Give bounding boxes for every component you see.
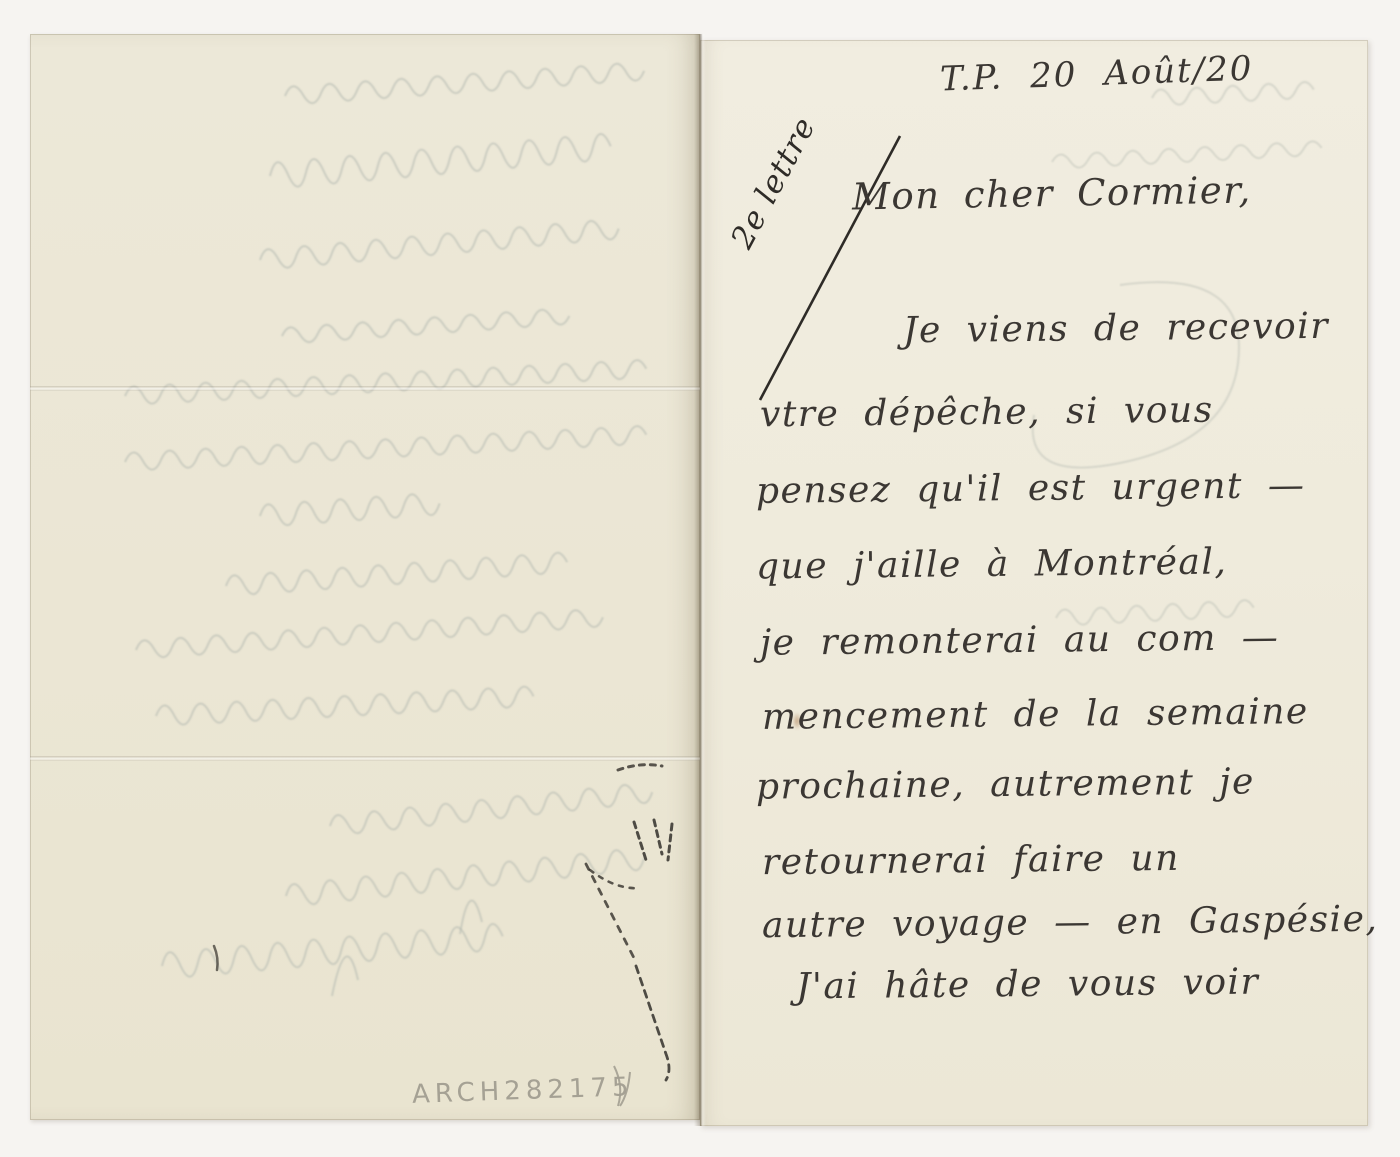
body-line: retournerai faire un <box>762 838 1180 883</box>
body-line: J'ai hâte de vous voir <box>796 962 1260 1008</box>
body-line: mencement de la semaine <box>762 691 1309 738</box>
scanned-letter: ARCH282175 2e lettre T.P. 20 Août/20 Mon… <box>0 0 1400 1157</box>
body-line: prochaine, autrement je <box>756 761 1255 807</box>
center-fold-seam <box>694 34 706 1126</box>
body-line: vtre dépêche, si vous <box>760 390 1214 436</box>
body-line: autre voyage — en Gaspésie, <box>762 899 1379 946</box>
page-right: 2e lettre T.P. 20 Août/20 Mon cher Cormi… <box>700 40 1368 1126</box>
salutation: Mon cher Cormier, <box>852 169 1252 219</box>
body-line: je remonterai au com — <box>760 617 1280 663</box>
pencil-check-mark <box>30 34 700 1120</box>
body-line: que j'aille à Montréal, <box>756 542 1228 588</box>
annotation-2e-lettre: 2e lettre <box>714 78 954 408</box>
body-line: pensez qu'il est urgent — <box>756 465 1306 512</box>
body-line: Je viens de recevoir <box>903 306 1329 351</box>
page-left: ARCH282175 <box>30 34 700 1120</box>
